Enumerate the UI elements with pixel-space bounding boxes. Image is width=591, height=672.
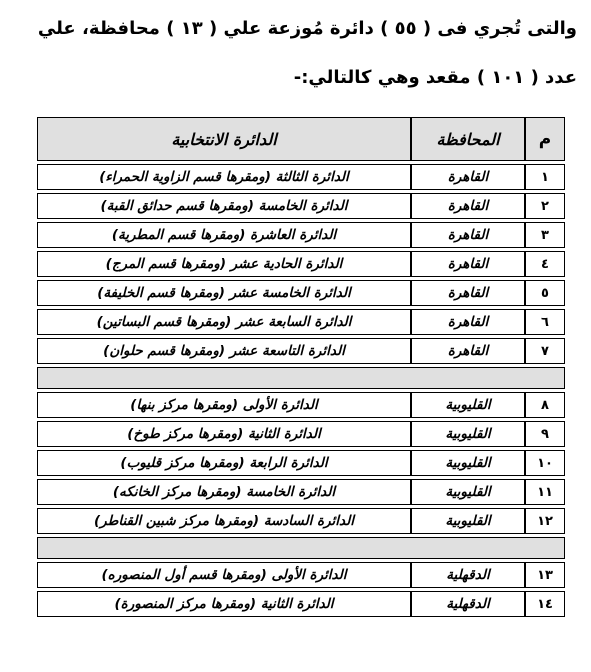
table-header-row: م المحافظة الدائرة الانتخابية bbox=[37, 117, 565, 161]
intro-paragraph: والتى تُجري فى ( ٥٥ ) دائرة مُوزعة علي (… bbox=[0, 4, 591, 102]
cell-district: الدائرة السابعة عشر (ومقرها قسم البساتين… bbox=[37, 309, 411, 335]
cell-governorate: القاهرة bbox=[411, 280, 525, 306]
cell-district: الدائرة الثالثة (ومقرها قسم الزاوية الحم… bbox=[37, 164, 411, 190]
cell-num: ١١ bbox=[525, 479, 565, 505]
cell-district: الدائرة الرابعة (ومقرها مركز قليوب) bbox=[37, 450, 411, 476]
table-row: ٢القاهرةالدائرة الخامسة (ومقرها قسم حدائ… bbox=[37, 193, 565, 219]
cell-num: ١٢ bbox=[525, 508, 565, 534]
districts-table: م المحافظة الدائرة الانتخابية ١القاهرةال… bbox=[37, 114, 565, 620]
cell-district: الدائرة الأولى (ومقرها مركز بنها) bbox=[37, 392, 411, 418]
cell-governorate: القليوبية bbox=[411, 392, 525, 418]
cell-num: ٦ bbox=[525, 309, 565, 335]
table-row: ٣القاهرةالدائرة العاشرة (ومقرها قسم المط… bbox=[37, 222, 565, 248]
table-row: ٤القاهرةالدائرة الحادية عشر (ومقرها قسم … bbox=[37, 251, 565, 277]
cell-governorate: الدقهلية bbox=[411, 562, 525, 588]
table-row: ١القاهرةالدائرة الثالثة (ومقرها قسم الزا… bbox=[37, 164, 565, 190]
separator-row bbox=[37, 537, 565, 559]
table-row: ١٤الدقهليةالدائرة الثانية (ومقرها مركز ا… bbox=[37, 591, 565, 617]
cell-num: ١٠ bbox=[525, 450, 565, 476]
cell-num: ٢ bbox=[525, 193, 565, 219]
table-row: ١٣الدقهليةالدائرة الأولى (ومقرها قسم أول… bbox=[37, 562, 565, 588]
header-governorate: المحافظة bbox=[411, 117, 525, 161]
cell-district: الدائرة الخامسة عشر (ومقرها قسم الخليفة) bbox=[37, 280, 411, 306]
cell-governorate: القاهرة bbox=[411, 309, 525, 335]
cell-num: ١ bbox=[525, 164, 565, 190]
cell-governorate: القاهرة bbox=[411, 193, 525, 219]
separator-cell bbox=[37, 367, 565, 389]
table-row: ٧القاهرةالدائرة التاسعة عشر (ومقرها قسم … bbox=[37, 338, 565, 364]
cell-governorate: القاهرة bbox=[411, 251, 525, 277]
cell-num: ٩ bbox=[525, 421, 565, 447]
cell-num: ٣ bbox=[525, 222, 565, 248]
cell-district: الدائرة الخامسة (ومقرها مركز الخانكه) bbox=[37, 479, 411, 505]
cell-district: الدائرة السادسة (ومقرها مركز شبين القناط… bbox=[37, 508, 411, 534]
table-row: ١١القليوبيةالدائرة الخامسة (ومقرها مركز … bbox=[37, 479, 565, 505]
cell-governorate: القليوبية bbox=[411, 479, 525, 505]
table-body: ١القاهرةالدائرة الثالثة (ومقرها قسم الزا… bbox=[37, 164, 565, 617]
cell-num: ٤ bbox=[525, 251, 565, 277]
table-row: ٨القليوبيةالدائرة الأولى (ومقرها مركز بن… bbox=[37, 392, 565, 418]
separator-cell bbox=[37, 537, 565, 559]
cell-num: ٥ bbox=[525, 280, 565, 306]
cell-governorate: القاهرة bbox=[411, 338, 525, 364]
document-page: والتى تُجري فى ( ٥٥ ) دائرة مُوزعة علي (… bbox=[0, 0, 591, 672]
cell-district: الدائرة الأولى (ومقرها قسم أول المنصوره) bbox=[37, 562, 411, 588]
cell-governorate: القليوبية bbox=[411, 508, 525, 534]
intro-line-2: عدد ( ١٠١ ) مقعد وهي كالتالي:- bbox=[0, 53, 577, 102]
cell-num: ١٣ bbox=[525, 562, 565, 588]
cell-district: الدائرة العاشرة (ومقرها قسم المطرية) bbox=[37, 222, 411, 248]
intro-line-1: والتى تُجري فى ( ٥٥ ) دائرة مُوزعة علي (… bbox=[0, 4, 577, 53]
cell-district: الدائرة الثانية (ومقرها مركز المنصورة) bbox=[37, 591, 411, 617]
cell-num: ٧ bbox=[525, 338, 565, 364]
separator-row bbox=[37, 367, 565, 389]
cell-num: ١٤ bbox=[525, 591, 565, 617]
cell-num: ٨ bbox=[525, 392, 565, 418]
cell-district: الدائرة الثانية (ومقرها مركز طوخ) bbox=[37, 421, 411, 447]
cell-governorate: القليوبية bbox=[411, 421, 525, 447]
cell-governorate: القاهرة bbox=[411, 222, 525, 248]
table-row: ١٢القليوبيةالدائرة السادسة (ومقرها مركز … bbox=[37, 508, 565, 534]
cell-district: الدائرة الحادية عشر (ومقرها قسم المرج) bbox=[37, 251, 411, 277]
cell-district: الدائرة التاسعة عشر (ومقرها قسم حلوان) bbox=[37, 338, 411, 364]
table-row: ٦القاهرةالدائرة السابعة عشر (ومقرها قسم … bbox=[37, 309, 565, 335]
cell-district: الدائرة الخامسة (ومقرها قسم حدائق القبة) bbox=[37, 193, 411, 219]
table-row: ٥القاهرةالدائرة الخامسة عشر (ومقرها قسم … bbox=[37, 280, 565, 306]
header-district: الدائرة الانتخابية bbox=[37, 117, 411, 161]
table-row: ١٠القليوبيةالدائرة الرابعة (ومقرها مركز … bbox=[37, 450, 565, 476]
table-row: ٩القليوبيةالدائرة الثانية (ومقرها مركز ط… bbox=[37, 421, 565, 447]
header-num: م bbox=[525, 117, 565, 161]
cell-governorate: القليوبية bbox=[411, 450, 525, 476]
cell-governorate: الدقهلية bbox=[411, 591, 525, 617]
cell-governorate: القاهرة bbox=[411, 164, 525, 190]
